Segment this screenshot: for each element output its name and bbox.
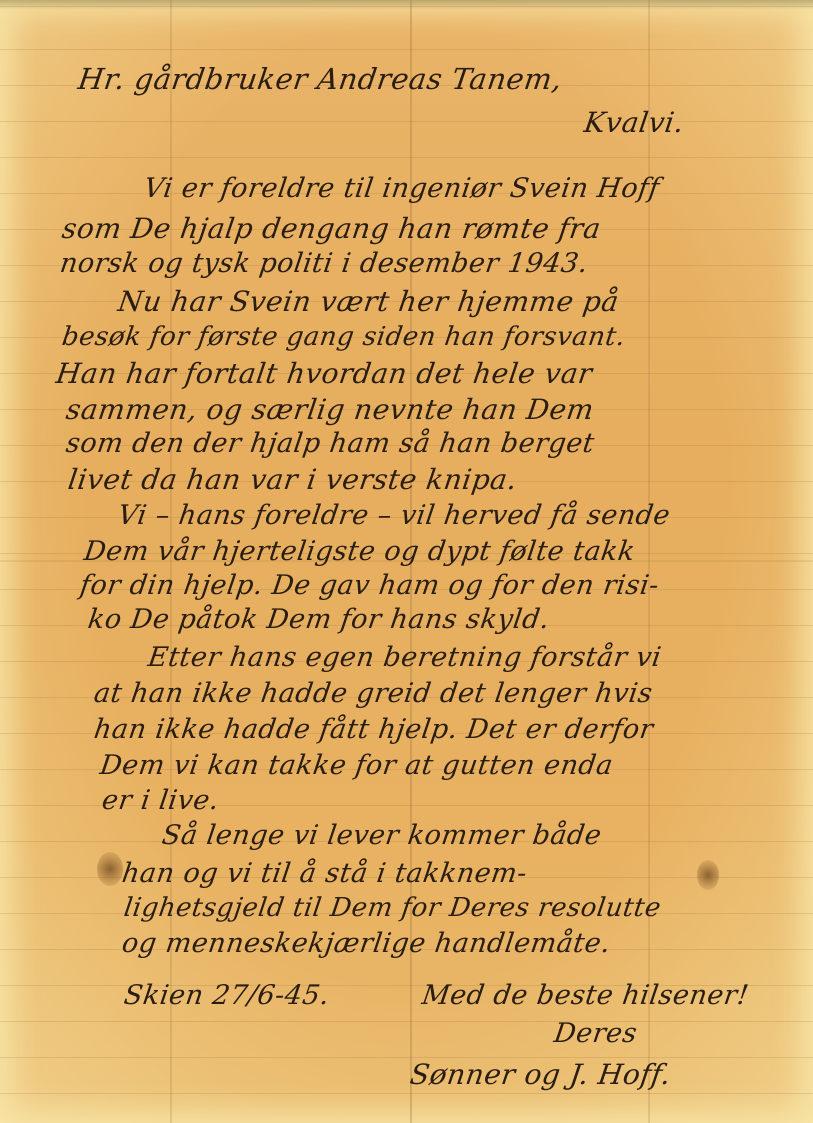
body-line: Nu har Svein vært her hjemme på <box>116 285 621 318</box>
body-line: lighetsgjeld til Dem for Deres resolutte <box>122 893 663 923</box>
body-line: at han ikke hadde greid det lenger hvis <box>92 678 655 709</box>
addressee-line: Hr. gårdbruker Andreas Tanem, <box>76 62 564 96</box>
closing-yours: Deres <box>552 1018 639 1049</box>
body-line: ko De påtok Dem for hans skyld. <box>86 604 552 635</box>
ink-stain <box>97 852 123 886</box>
body-line: for din hjelp. De gav ham og for den ris… <box>78 570 661 601</box>
body-line: Dem vi kan takke for at gutten enda <box>98 750 615 781</box>
body-line: sammen, og særlig nevnte han Dem <box>64 393 596 426</box>
ink-stain <box>697 860 719 890</box>
body-line: og menneskekjærlige handlemåte. <box>120 928 613 959</box>
body-line: han og vi til å stå i takknem- <box>120 858 529 889</box>
body-line: livet da han var i verste knipa. <box>66 463 519 496</box>
closing-greeting: Med de beste hilsener! <box>420 980 751 1011</box>
body-line: Dem vår hjerteligste og dypt følte takk <box>82 536 637 567</box>
signature: Sønner og J. Hoff. <box>408 1058 673 1091</box>
paper-top-edge <box>0 0 813 10</box>
body-line: besøk for første gang siden han forsvant… <box>60 322 627 352</box>
body-line: Vi – hans foreldre – vil herved få sende <box>116 500 672 531</box>
body-line: er i live. <box>100 785 221 816</box>
letter-paper: Hr. gårdbruker Andreas Tanem, Kvalvi. Vi… <box>0 0 813 1123</box>
body-line: han ikke hadde fått hjelp. Det er derfor <box>92 714 655 745</box>
place-date: Skien 27/6-45. <box>122 980 331 1011</box>
body-line: Han har fortalt hvordan det hele var <box>54 357 595 390</box>
body-line: som den der hjalp ham så han berget <box>64 428 596 459</box>
addressee-place: Kvalvi. <box>582 106 686 139</box>
body-line: Vi er foreldre til ingeniør Svein Hoff <box>142 173 661 204</box>
body-line: Så lenge vi lever kommer både <box>160 820 604 851</box>
body-line: norsk og tysk politi i desember 1943. <box>58 248 590 279</box>
body-line: Etter hans egen beretning forstår vi <box>146 642 663 673</box>
body-line: som De hjalp dengang han rømte fra <box>60 212 603 245</box>
